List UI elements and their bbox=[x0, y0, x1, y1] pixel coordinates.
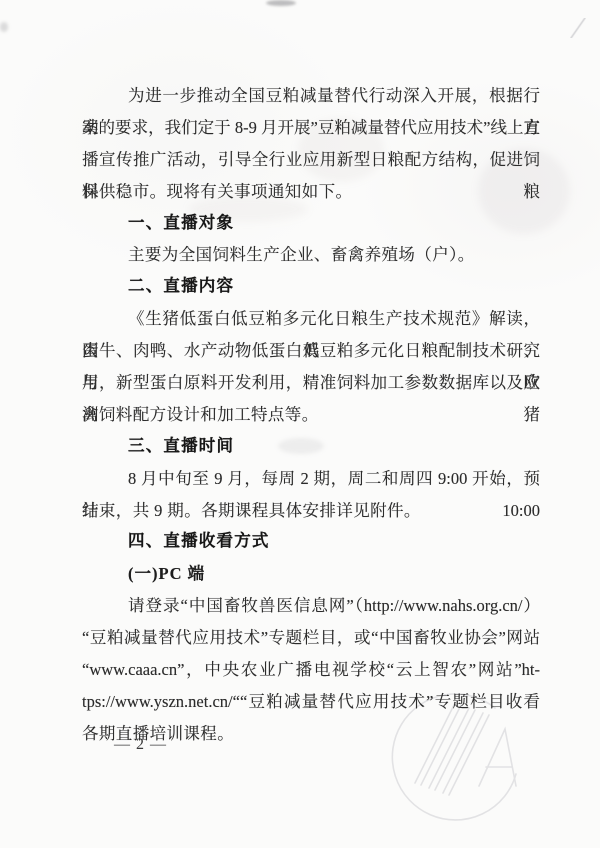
paragraph-line: “www.caaa.cn”，中央农业广播电视学校“云上智农”网站”ht- bbox=[82, 654, 540, 686]
page-number: — 2 — bbox=[114, 736, 167, 754]
section-heading-3: 三、直播时间 bbox=[82, 431, 540, 463]
paragraph-line: 播宣传推广活动，引导全行业应用新型日粮配方结构，促进饲料粮 bbox=[82, 144, 540, 176]
document-body: 为进一步推动全国豆粕减量替代行动深入开展，根据行动方 案的要求，我们定于 8-9… bbox=[82, 80, 540, 750]
scan-artifact bbox=[570, 18, 586, 38]
paragraph-line: “豆粕减量替代应用技术”专题栏目，或“中国畜牧业协会”网站 bbox=[82, 622, 540, 654]
section-heading-4: 四、直播收看方式 bbox=[82, 526, 540, 558]
section-heading-1: 一、直播对象 bbox=[82, 208, 540, 240]
scan-artifact bbox=[0, 22, 8, 32]
paragraph-line: 肉牛、肉鸭、水产动物低蛋白低豆粕多元化日粮配制技术研究与应 bbox=[82, 335, 540, 367]
paragraph-line: 请登录“中国畜牧兽医信息网”（http://www.nahs.org.cn/） bbox=[82, 590, 540, 622]
section-heading-2: 二、直播内容 bbox=[82, 271, 540, 303]
paragraph-line: 用，新型蛋白原料开发利用，精准饲料加工参数数据库以及欧洲猪 bbox=[82, 367, 540, 399]
paragraph-line: 主要为全国饲料生产企业、畜禽养殖场（户）。 bbox=[82, 239, 540, 271]
paragraph-line: tps://www.yszn.net.cn/““豆粕减量替代应用技术”专题栏目收… bbox=[82, 686, 540, 718]
subsection-heading-pc: (一)PC 端 bbox=[82, 558, 540, 590]
paragraph-line: 为进一步推动全国豆粕减量替代行动深入开展，根据行动方 bbox=[82, 80, 540, 112]
paragraph-line: 案的要求，我们定于 8-9 月开展”豆粕减量替代应用技术”线上直 bbox=[82, 112, 540, 144]
paragraph-line: 8 月中旬至 9 月，每周 2 期，周二和周四 9:00 开始，预计 10:00 bbox=[82, 463, 540, 495]
paragraph-line: 《生猪低蛋白低豆粕多元化日粮生产技术规范》解读，蛋鸡、 bbox=[82, 303, 540, 335]
scan-artifact bbox=[266, 0, 296, 6]
